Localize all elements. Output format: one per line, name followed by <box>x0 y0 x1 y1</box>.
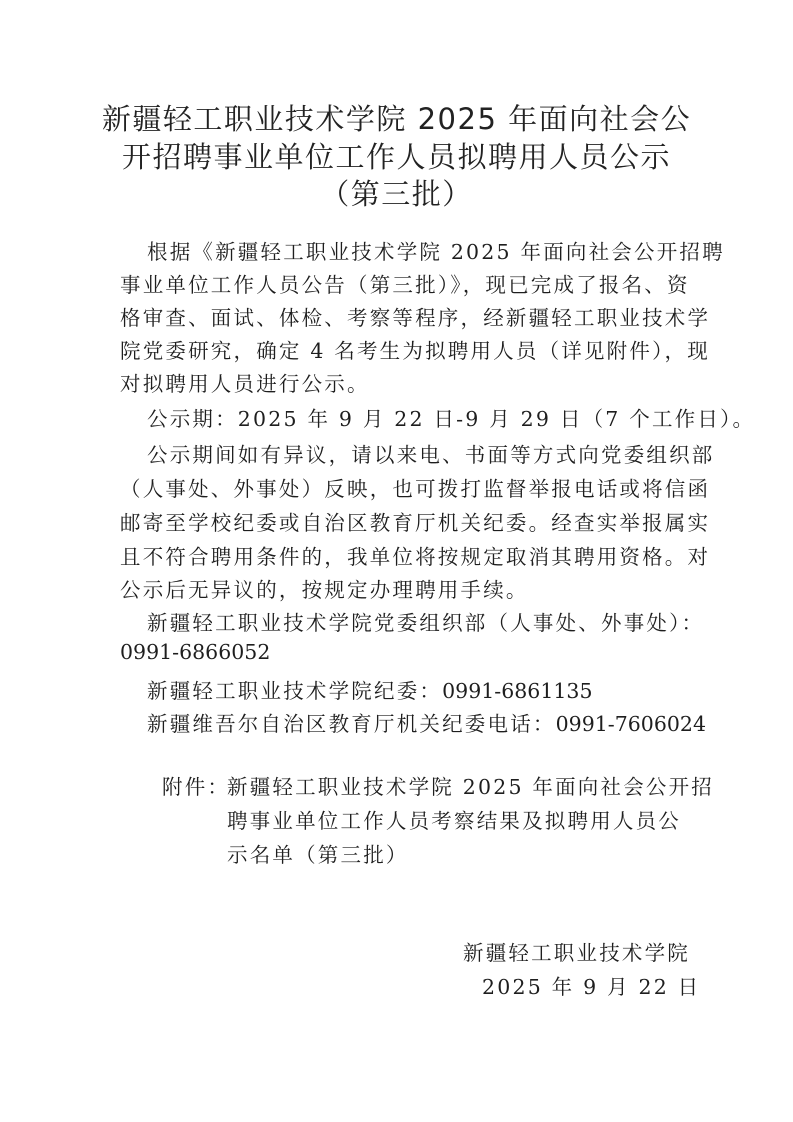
signature-date: 2025 年 9 月 22 日 <box>482 970 700 1000</box>
attachment-label: 附件： <box>162 770 230 800</box>
attachment-line: 新疆轻工职业技术学院 2025 年面向社会公开招 <box>227 770 714 800</box>
paragraph-line: 且不符合聘用条件的，我单位将按规定取消其聘用资格。对 <box>120 540 710 570</box>
contact-phone: 0991-7606024 <box>556 712 706 736</box>
paragraph-line: 事业单位工作人员公告（第三批）》，现已完成了报名、资 <box>120 268 690 298</box>
contact-phone: 0991-6861135 <box>442 679 592 703</box>
title-line-3: （第三批） <box>0 172 793 213</box>
paragraph-line: （人事处、外事处）反映，也可拨打监督举报电话或将信函 <box>120 472 710 502</box>
contact-item: 新疆维吾尔自治区教育厅机关纪委电话：0991-7606024 <box>147 707 706 737</box>
paragraph-line: 邮寄至学校纪委或自治区教育厅机关纪委。经查实举报属实 <box>120 506 710 536</box>
paragraph-line: 公示期间如有异议，请以来电、书面等方式向党委组织部 <box>147 438 715 468</box>
paragraph-line: 格审查、面试、体检、考察等程序，经新疆轻工职业技术学 <box>120 301 710 331</box>
publicity-period: 公示期：2025 年 9 月 22 日-9 月 29 日（7 个工作日）。 <box>147 402 755 432</box>
contact-phone: 0991-6866052 <box>120 640 270 664</box>
contact-label: 新疆轻工职业技术学院党委组织部（人事处、外事处）： <box>147 606 704 636</box>
attachment-line: 示名单（第三批） <box>227 838 409 868</box>
paragraph-line: 院党委研究，确定 4 名考生为拟聘用人员（详见附件），现 <box>120 334 710 364</box>
paragraph-line: 公示后无异议的，按规定办理聘用手续。 <box>120 573 529 603</box>
attachment-line: 聘事业单位工作人员考察结果及拟聘用人员公 <box>227 804 681 834</box>
title-line-1: 新疆轻工职业技术学院 2025 年面向社会公 <box>0 97 793 138</box>
contact-label: 新疆维吾尔自治区教育厅机关纪委电话： <box>147 712 556 736</box>
signature-organization: 新疆轻工职业技术学院 <box>463 936 690 966</box>
contact-label: 新疆轻工职业技术学院纪委： <box>147 679 442 703</box>
title-line-2: 开招聘事业单位工作人员拟聘用人员公示 <box>0 135 793 176</box>
paragraph-line: 根据《新疆轻工职业技术学院 2025 年面向社会公开招聘 <box>147 235 725 265</box>
paragraph-line: 对拟聘用人员进行公示。 <box>120 367 370 397</box>
contact-item: 新疆轻工职业技术学院纪委：0991-6861135 <box>147 674 593 704</box>
